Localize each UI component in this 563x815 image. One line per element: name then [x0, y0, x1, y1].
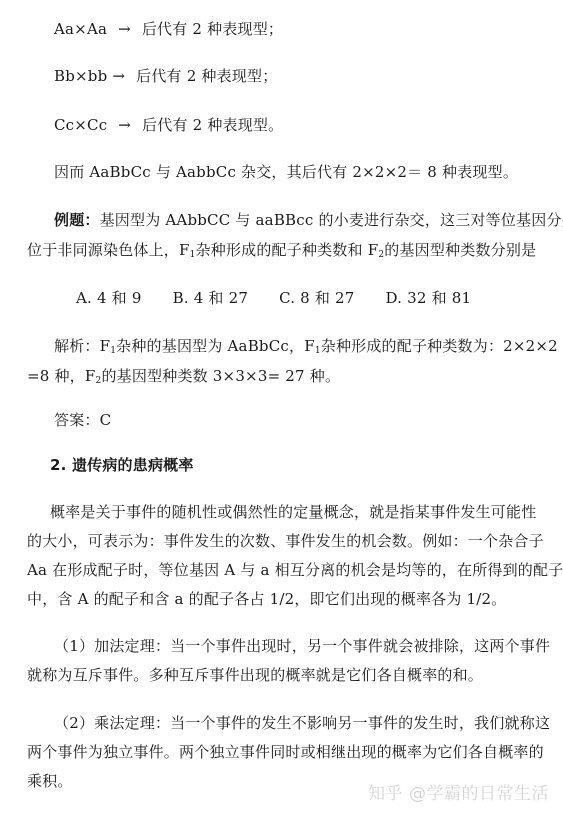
section-heading: 2. 遗传病的患病概率: [50, 455, 194, 475]
analysis-text: 杂种形成的配子种类数为：2×2×2: [321, 337, 558, 355]
cross-result: 后代有 2 种表现型；: [142, 20, 283, 38]
analysis-line1: 解析：F1杂种的基因型为 AaBbCc，F1杂种形成的配子种类数为：2×2×2: [54, 336, 558, 356]
answer-text: 答案：C: [54, 410, 111, 430]
paragraph-line: 概率是关于事件的随机性或偶然性的定量概念，就是指某事件发生可能性: [50, 502, 536, 522]
answer-options: A. 4 和 9 B. 4 和 27 C. 8 和 27 D. 32 和 81: [76, 288, 497, 308]
multiplication-rule-line: 两个事件为独立事件。两个独立事件同时或相继出现的概率为它们各自概率的: [27, 742, 544, 762]
example-text: 的基因型种类数分别是: [384, 241, 536, 259]
arrow-icon: →: [112, 67, 125, 85]
option-a: A. 4 和 9: [76, 288, 142, 308]
addition-rule-line: 就称为互斥事件。多种互斥事件出现的概率就是它们各自概率的和。: [27, 665, 483, 685]
cross-expression: Aa×Aa: [54, 20, 107, 38]
document-page: Aa×Aa → 后代有 2 种表现型； Bb×bb → 后代有 2 种表现型； …: [0, 0, 563, 815]
cross-line-bb: Bb×bb → 后代有 2 种表现型；: [54, 66, 277, 86]
analysis-text: 解析：F: [54, 337, 110, 355]
analysis-text: 的基因型种类数 3×3×3= 27 种。: [101, 367, 340, 385]
example-text: 杂种形成的配子种类数和 F: [196, 241, 379, 259]
paragraph-line: Aa 在形成配子时，等位基因 A 与 a 相互分离的机会是均等的，在所得到的配子: [27, 560, 563, 580]
cross-result: 后代有 2 种表现型。: [142, 116, 283, 134]
example-label: 例题：: [54, 211, 100, 229]
cross-line-aa: Aa×Aa → 后代有 2 种表现型；: [54, 19, 283, 39]
multiplication-rule-line: 乘积。: [27, 771, 73, 791]
example-question-line1: 例题：基因型为 AAbbCC 与 aaBBcc 的小麦进行杂交，这三对等位基因分…: [54, 210, 563, 230]
example-text: 位于非同源染色体上，F: [27, 241, 190, 259]
multiplication-rule-line: （2）乘法定理：当一个事件的发生不影响另一事件的发生时，我们就称这: [54, 713, 550, 733]
option-b: B. 4 和 27: [173, 288, 249, 308]
cross-line-cc: Cc×Cc → 后代有 2 种表现型。: [54, 115, 283, 135]
cross-expression: Cc×Cc: [54, 116, 107, 134]
addition-rule-line: （1）加法定理：当一个事件出现时，另一个事件就会被排除，这两个事件: [54, 636, 550, 656]
option-c: C. 8 和 27: [279, 288, 354, 308]
analysis-text: 杂种的基因型为 AaBbCc，F: [116, 337, 315, 355]
example-text: 基因型为 AAbbCC 与 aaBBcc 的小麦进行杂交，这三对等位基因分别: [100, 211, 563, 229]
paragraph-line: 的大小，可表示为：事件发生的次数、事件发生的机会数。例如：一个杂合子: [27, 531, 544, 551]
conclusion-text: 因而 AaBbCc 与 AabbCc 杂交，其后代有 2×2×2＝ 8 种表现型…: [54, 162, 518, 182]
example-question-line2: 位于非同源染色体上，F1杂种形成的配子种类数和 F2的基因型种类数分别是: [27, 240, 536, 260]
arrow-icon: →: [118, 20, 131, 38]
cross-result: 后代有 2 种表现型；: [136, 67, 277, 85]
analysis-line2: =8 种，F2的基因型种类数 3×3×3= 27 种。: [27, 366, 340, 386]
zhihu-watermark: 知乎 @学霸的日常生活: [368, 779, 549, 804]
paragraph-line: 中，含 A 的配子和含 a 的配子各占 1/2，即它们出现的概率各为 1/2。: [27, 589, 506, 609]
arrow-icon: →: [118, 116, 131, 134]
option-d: D. 32 和 81: [385, 288, 471, 308]
cross-expression: Bb×bb: [54, 67, 107, 85]
analysis-text: =8 种，F: [27, 367, 96, 385]
